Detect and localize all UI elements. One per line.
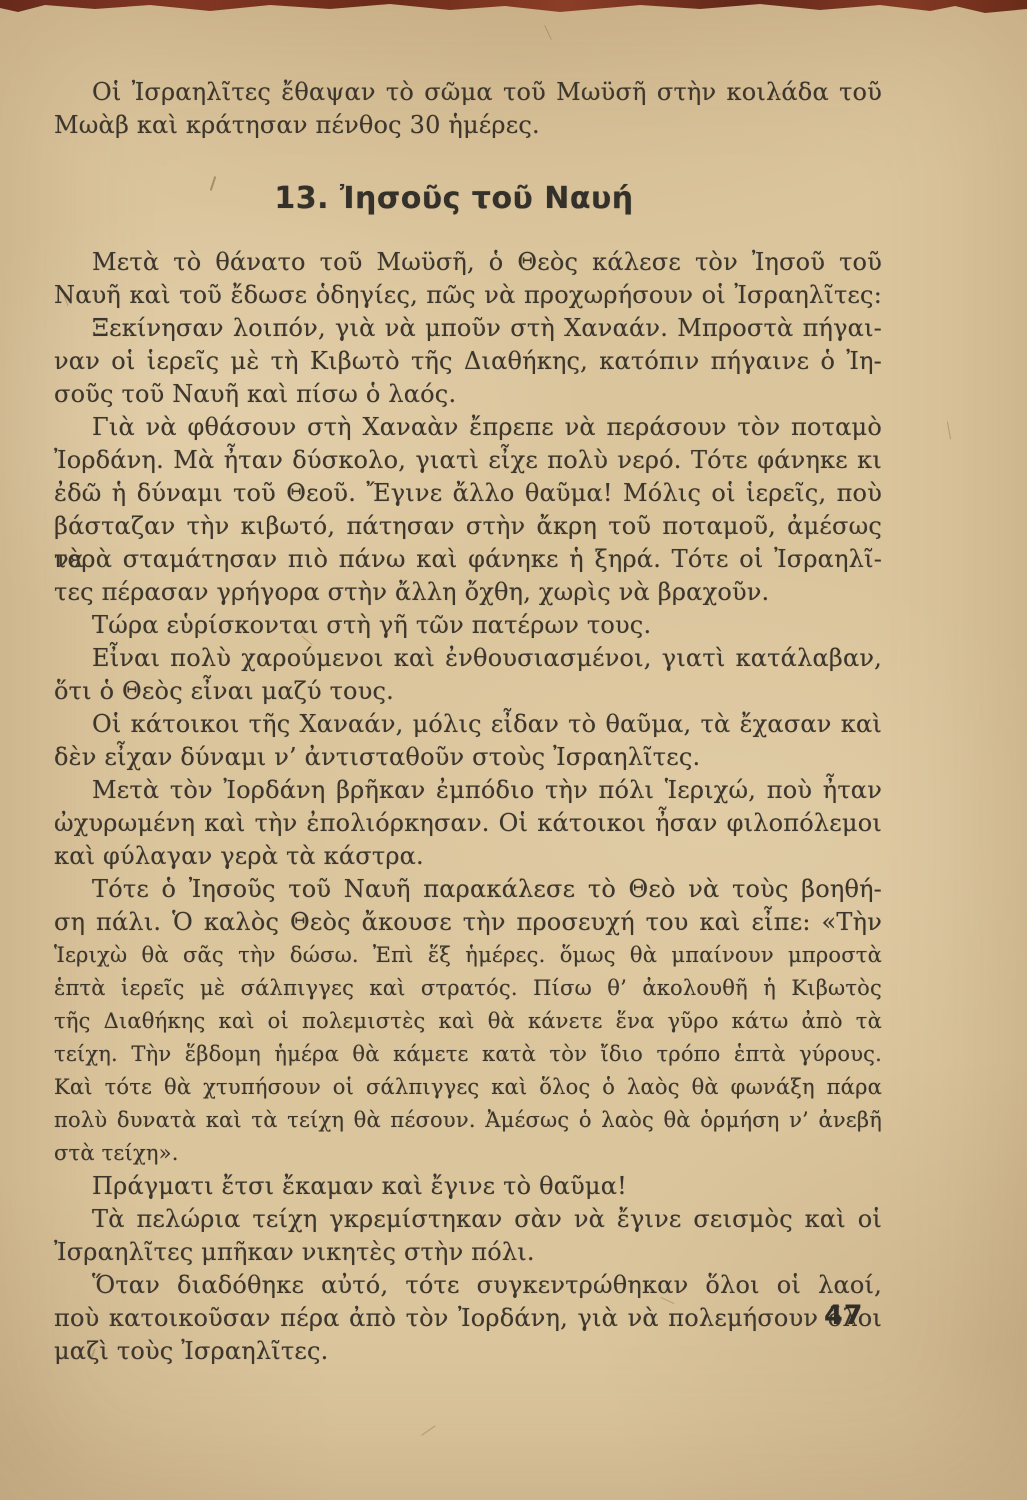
text-line: Γιὰ νὰ φθάσουν στὴ Χαναὰν ἔπρεπε νὰ περά… [54, 411, 882, 444]
text-line: τες πέρασαν γρήγορα στὴν ἄλλη ὄχθη, χωρὶ… [54, 576, 882, 609]
text-line: δὲν εἶχαν δύναμι ν’ ἀντισταθοῦν στοὺς Ἰσ… [54, 741, 882, 774]
paper-fiber [947, 422, 951, 440]
text-line: στὰ τείχη». [54, 1137, 882, 1170]
text-line: πολὺ δυνατὰ καὶ τὰ τείχη θὰ πέσουν. Ἀμέσ… [54, 1104, 882, 1137]
text-line: ναν οἱ ἱερεῖς μὲ τὴ Κιβωτὸ τῆς Διαθήκης,… [54, 345, 882, 378]
text-line: Τώρα εὑρίσκονται στὴ γῆ τῶν πατέρων τους… [54, 609, 882, 642]
text-line: Τότε ὁ Ἰησοῦς τοῦ Ναυῆ παρακάλεσε τὸ Θεὸ… [54, 873, 882, 906]
text-line: Ἰσραηλῖτες μπῆκαν νικητὲς στὴν πόλι. [54, 1236, 882, 1269]
text-line: Πράγματι ἔτσι ἔκαμαν καὶ ἔγινε τὸ θαῦμα! [54, 1170, 882, 1203]
text-line: Ἱεριχὼ θὰ σᾶς τὴν δώσω. Ἐπὶ ἕξ ἡμέρες. ὅ… [54, 939, 882, 972]
text-line: ποὺ κατοικοῦσαν πέρα ἀπὸ τὸν Ἰορδάνη, γι… [54, 1302, 882, 1335]
text-line: ἐδῶ ἡ δύναμι τοῦ Θεοῦ. Ἔγινε ἄλλο θαῦμα!… [54, 477, 882, 510]
section-heading: 13. Ἰησοῦς τοῦ Ναυή [40, 182, 868, 216]
torn-page-top-edge [0, 0, 1027, 20]
text-line: Οἱ κάτοικοι τῆς Χαναάν, μόλις εἶδαν τὸ θ… [54, 708, 882, 741]
text-line: Μωὰβ καὶ κράτησαν πένθος 30 ἡμέρες. [54, 109, 882, 142]
text-line: τείχη. Τὴν ἕβδομη ἡμέρα θὰ κάμετε κατὰ τ… [54, 1038, 882, 1071]
text-line: ἑπτὰ ἱερεῖς μὲ σάλπιγγες καὶ στρατός. Πί… [54, 972, 882, 1005]
text-line: Καὶ τότε θὰ χτυπήσουν οἱ σάλπιγγες καὶ ὅ… [54, 1071, 882, 1104]
text-line: ὅτι ὁ Θεὸς εἶναι μαζύ τους. [54, 675, 882, 708]
book-page: Οἱ Ἰσραηλῖτες ἔθαψαν τὸ σῶμα τοῦ Μωϋσῆ σ… [0, 0, 1027, 1500]
intro-paragraph: Οἱ Ἰσραηλῖτες ἔθαψαν τὸ σῶμα τοῦ Μωϋσῆ σ… [54, 76, 882, 142]
text-line: Ἰορδάνη. Μὰ ἦταν δύσκολο, γιατὶ εἶχε πολ… [54, 444, 882, 477]
paper-fiber [544, 25, 552, 40]
text-column: Οἱ Ἰσραηλῖτες ἔθαψαν τὸ σῶμα τοῦ Μωϋσῆ σ… [54, 76, 882, 1368]
text-line: ση πάλι. Ὁ καλὸς Θεὸς ἄκουσε τὴν προσευχ… [54, 906, 882, 939]
body-text: Μετὰ τὸ θάνατο τοῦ Μωϋσῆ, ὁ Θεὸς κάλεσε … [54, 246, 882, 1368]
text-line: Ξεκίνησαν λοιπόν, γιὰ νὰ μποῦν στὴ Χαναά… [54, 312, 882, 345]
text-line: Τὰ πελώρια τείχη γκρεμίστηκαν σὰν νὰ ἔγι… [54, 1203, 882, 1236]
text-line: μαζὶ τοὺς Ἰσραηλῖτες. [54, 1335, 882, 1368]
text-line: ὠχυρωμένη καὶ τὴν ἐπολιόρκησαν. Οἱ κάτοι… [54, 807, 882, 840]
text-line: νερὰ σταμάτησαν πιὸ πάνω καὶ φάνηκε ἡ ξη… [54, 543, 882, 576]
text-line: Μετὰ τὸν Ἰορδάνη βρῆκαν ἐμπόδιο τὴν πόλι… [54, 774, 882, 807]
text-line: σοῦς τοῦ Ναυῆ καὶ πίσω ὁ λαός. [54, 378, 882, 411]
page-number: 47 [824, 1300, 864, 1331]
text-line: Μετὰ τὸ θάνατο τοῦ Μωϋσῆ, ὁ Θεὸς κάλεσε … [54, 246, 882, 279]
text-line: βάσταζαν τὴν κιβωτό, πάτησαν στὴν ἄκρη τ… [54, 510, 882, 543]
text-line: Εἶναι πολὺ χαρούμενοι καὶ ἐνθουσιασμένοι… [54, 642, 882, 675]
paper-fiber [421, 1425, 435, 1436]
text-line: Ὅταν διαδόθηκε αὐτό, τότε συγκεντρώθηκαν… [54, 1269, 882, 1302]
text-line: καὶ φύλαγαν γερὰ τὰ κάστρα. [54, 840, 882, 873]
text-line: τῆς Διαθήκης καὶ οἱ πολεμιστὲς καὶ θὰ κά… [54, 1005, 882, 1038]
text-line: Οἱ Ἰσραηλῖτες ἔθαψαν τὸ σῶμα τοῦ Μωϋσῆ σ… [54, 76, 882, 109]
text-line: Ναυῆ καὶ τοῦ ἔδωσε ὁδηγίες, πῶς νὰ προχω… [54, 279, 882, 312]
